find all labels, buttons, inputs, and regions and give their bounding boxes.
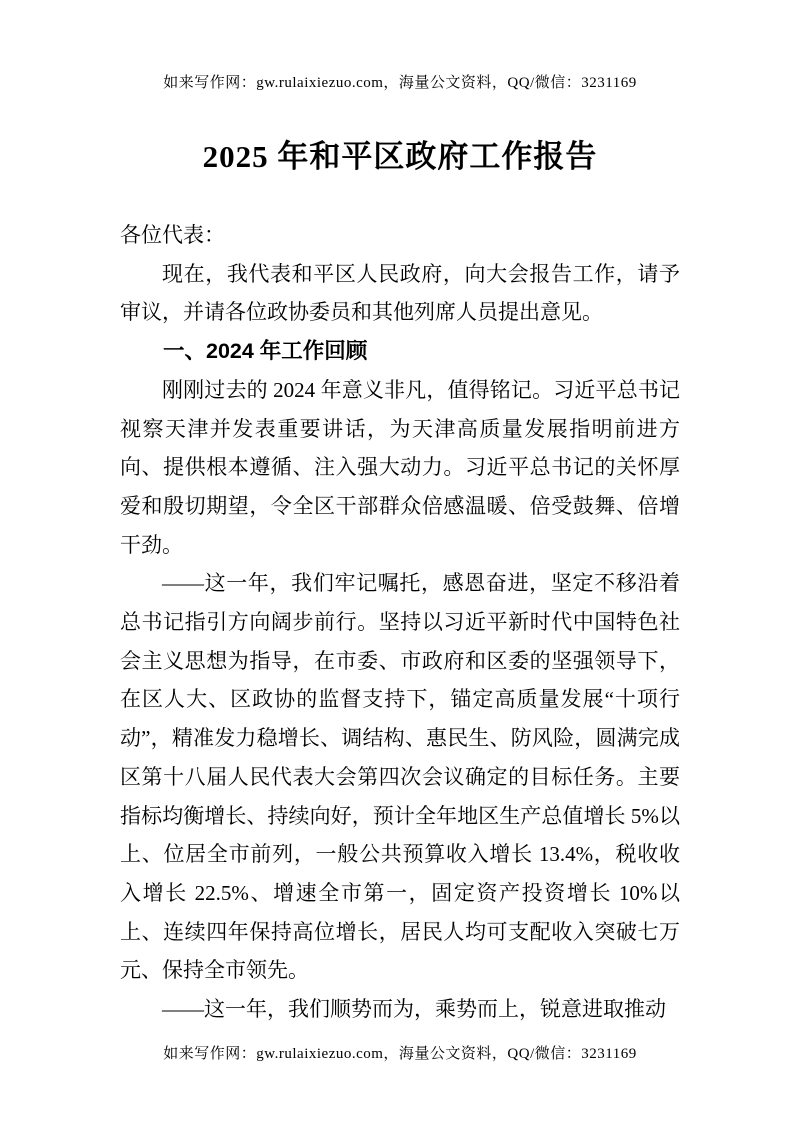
header-watermark-note: 如来写作网：gw.rulaixiezuo.com，海量公文资料，QQ/微信：32…	[0, 71, 800, 92]
paragraph-2024-significance: 刚刚过去的 2024 年意义非凡，值得铭记。习近平总书记视察天津并发表重要讲话，…	[120, 371, 680, 565]
paragraph-dash-achievements: ——这一年，我们牢记嘱托，感恩奋进，坚定不移沿着总书记指引方向阔步前行。坚持以习…	[120, 564, 680, 990]
document-page: 如来写作网：gw.rulaixiezuo.com，海量公文资料，QQ/微信：32…	[0, 0, 800, 1131]
salutation-line: 各位代表：	[120, 216, 680, 255]
section-heading-2024-review: 一、2024 年工作回顾	[120, 332, 680, 371]
paragraph-dash-momentum-truncated: ——这一年，我们顺势而为，乘势而上，锐意进取推动	[120, 990, 680, 1029]
document-body: 各位代表： 现在，我代表和平区人民政府，向大会报告工作，请予审议，并请各位政协委…	[120, 216, 680, 1029]
paragraph-intro: 现在，我代表和平区人民政府，向大会报告工作，请予审议，并请各位政协委员和其他列席…	[120, 255, 680, 332]
footer-watermark-note: 如来写作网：gw.rulaixiezuo.com，海量公文资料，QQ/微信：32…	[0, 1042, 800, 1063]
document-title: 2025 年和平区政府工作报告	[0, 131, 800, 176]
